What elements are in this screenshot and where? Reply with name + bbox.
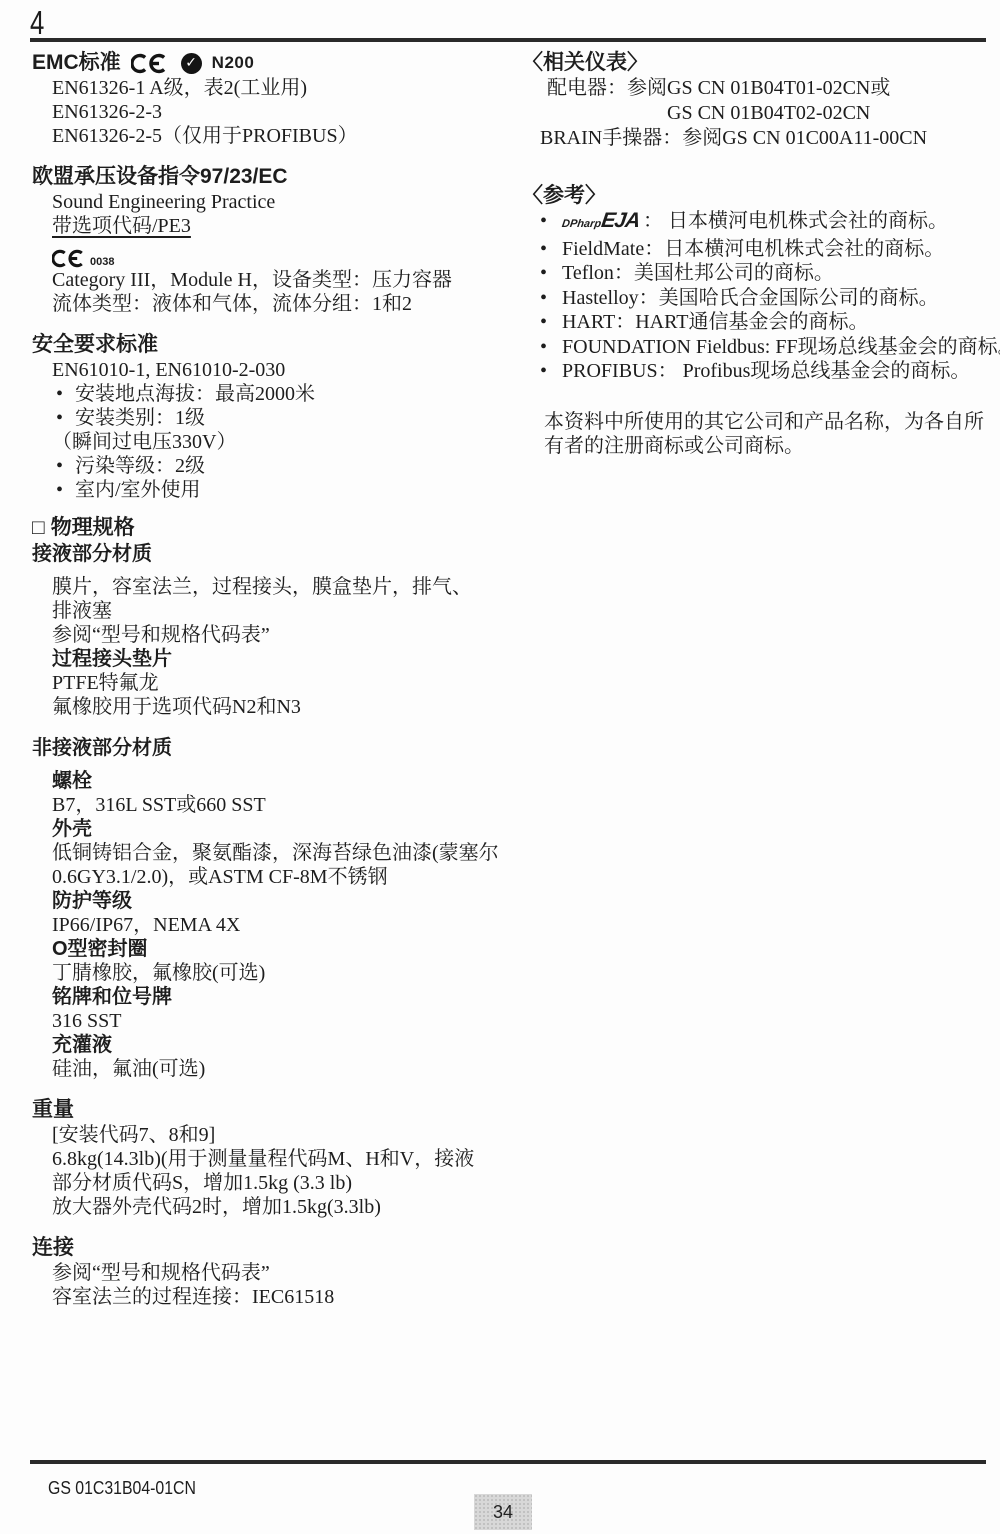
trademark-item: Hastelloy：美国哈氏合金国际公司的商标。 <box>522 286 990 311</box>
spec-line: 排液塞 <box>52 599 504 623</box>
weight-lines: [安装代码7、8和9] 6.8kg(14.3lb)(用于测量量程代码M、H和V，… <box>32 1123 504 1219</box>
spec-line: 流体类型：液体和气体，流体分组：1和2 <box>52 292 504 316</box>
ped-lines: Sound Engineering Practice 带选项代码/PE3 003… <box>32 190 504 316</box>
housing-heading: 外壳 <box>52 817 504 841</box>
trademark-note-section: 本资料中所使用的其它公司和产品名称，为各自所 有者的注册商标或公司商标。 <box>522 410 990 458</box>
ctick-n200-label: N200 <box>212 50 255 76</box>
spec-line: EN61326-1 A级，表2(工业用) <box>52 76 504 100</box>
spec-line: 配电器：参阅GS CN 01B04T01-02CN或 <box>522 76 990 101</box>
bullet-item: 安装类别：1级 <box>32 406 504 430</box>
spec-line: EN61010-1, EN61010-2-030 <box>52 358 504 382</box>
ce-mark-icon <box>52 249 88 268</box>
bullet-item: 污染等级：2级 <box>32 454 504 478</box>
spec-line: EN61326-2-3 <box>52 100 504 124</box>
safety-heading: 安全要求标准 <box>32 332 504 358</box>
spec-line: PTFE特氟龙 <box>52 671 504 695</box>
related-instruments-section: 〈相关仪表〉 配电器：参阅GS CN 01B04T01-02CN或 GS CN … <box>522 50 990 151</box>
reference-heading: 〈参考〉 <box>522 183 990 209</box>
header-rule <box>30 38 986 42</box>
ctick-icon: ✓ <box>181 53 202 74</box>
footer-doc-id: GS 01C31B04-01CN <box>48 1478 196 1499</box>
connection-heading: 连接 <box>32 1235 504 1261</box>
spec-line: 容室法兰的过程连接：IEC61518 <box>52 1285 504 1309</box>
spec-line: 参阅“型号和规格代码表” <box>52 623 504 647</box>
non-wetted-heading: 非接液部分材质 <box>32 735 504 761</box>
physical-spec-heading: □物理规格 <box>32 515 504 541</box>
ce-0038-row: 0038 <box>52 242 504 268</box>
ped-option-line: 带选项代码/PE3 <box>52 214 504 238</box>
footer-rule <box>30 1460 986 1464</box>
spec-line: Sound Engineering Practice <box>52 190 504 214</box>
nameplate-heading: 铭牌和位号牌 <box>52 985 504 1009</box>
spec-line: 6.8kg(14.3lb)(用于测量量程代码M、H和V，接液 <box>52 1147 504 1171</box>
trademark-item: FieldMate：日本横河电机株式会社的商标。 <box>522 237 990 262</box>
right-column: 〈相关仪表〉 配电器：参阅GS CN 01B04T01-02CN或 GS CN … <box>522 50 990 458</box>
safety-lines: EN61010-1, EN61010-2-030 <box>32 358 504 382</box>
spec-line: 膜片，容室法兰，过程接头，膜盒垫片，排气、 <box>52 575 504 599</box>
weight-heading: 重量 <box>32 1097 504 1123</box>
left-column: EMC标准 ✓ N200 EN61326-1 A级，表2(工业用) EN6132… <box>32 50 504 1325</box>
trademark-item: Teflon：美国杜邦公司的商标。 <box>522 261 990 286</box>
fill-fluid-heading: 充灌液 <box>52 1033 504 1057</box>
ce-mark-icon <box>131 53 171 74</box>
spec-line: [安装代码7、8和9] <box>52 1123 504 1147</box>
wetted-parts-heading: 接液部分材质 <box>32 541 504 567</box>
spec-line: 部分材质代码S，增加1.5kg (3.3 lb) <box>52 1171 504 1195</box>
emc-section: EMC标准 ✓ N200 EN61326-1 A级，表2(工业用) EN6132… <box>32 50 504 148</box>
note-line: 有者的注册商标或公司商标。 <box>522 434 990 458</box>
bolt-heading: 螺栓 <box>52 769 504 793</box>
spec-line: 低铜铸铝合金，聚氨酯漆，深海苔绿色油漆(蒙塞尔 <box>52 841 504 865</box>
emc-lines: EN61326-1 A级，表2(工业用) EN61326-2-3 EN61326… <box>32 76 504 148</box>
emc-heading: EMC标准 <box>32 50 121 76</box>
ingress-heading: 防护等级 <box>52 889 504 913</box>
spec-line: 氟橡胶用于选项代码N2和N3 <box>52 695 504 719</box>
spec-line: 硅油，氟油(可选) <box>52 1057 504 1081</box>
trademark-item: PROFIBUS： Profibus现场总线基金会的商标。 <box>522 359 990 384</box>
related-instruments-heading: 〈相关仪表〉 <box>522 50 990 76</box>
spec-line: B7，316L SST或660 SST <box>52 793 504 817</box>
bullet-item: 安装地点海拔：最高2000米 <box>32 382 504 406</box>
underlined-text: 带选项代码/PE3 <box>52 215 191 237</box>
trademark-text: ： 日本横河电机株式会社的商标。 <box>643 210 948 232</box>
note-line: 本资料中所使用的其它公司和产品名称，为各自所 <box>522 410 990 434</box>
trademark-item: HART：HART通信基金会的商标。 <box>522 310 990 335</box>
trademark-item-dpharp: DPharpEJA： 日本横河电机株式会社的商标。 <box>522 209 990 237</box>
spec-line: 放大器外壳代码2时，增加1.5kg(3.3lb) <box>52 1195 504 1219</box>
spec-line: 316 SST <box>52 1009 504 1033</box>
reference-section: 〈参考〉 DPharpEJA： 日本横河电机株式会社的商标。 FieldMate… <box>522 183 990 384</box>
ce-notified-body-label: 0038 <box>90 257 114 268</box>
spec-line: 丁腈橡胶，氟橡胶(可选) <box>52 961 504 985</box>
page-number: 4 <box>30 4 44 42</box>
ped-heading: 欧盟承压设备指令97/23/EC <box>32 164 504 190</box>
gasket-heading: 过程接头垫片 <box>52 647 504 671</box>
non-wetted-lines: 螺栓 B7，316L SST或660 SST 外壳 低铜铸铝合金，聚氨酯漆，深海… <box>32 769 504 1081</box>
bullet-item: 室内/室外使用 <box>32 478 504 502</box>
section-square-icon: □ <box>32 516 45 539</box>
spec-line: Category III，Module H，设备类型：压力容器 <box>52 268 504 292</box>
eja-logo-text: EJA <box>600 211 641 231</box>
emc-heading-row: EMC标准 ✓ N200 <box>32 50 504 76</box>
wetted-parts-lines: 膜片，容室法兰，过程接头，膜盒垫片，排气、 排液塞 参阅“型号和规格代码表” 过… <box>32 575 504 719</box>
spec-line: EN61326-2-5（仅用于PROFIBUS） <box>52 124 504 148</box>
weight-section: 重量 [安装代码7、8和9] 6.8kg(14.3lb)(用于测量量程代码M、H… <box>32 1097 504 1219</box>
oring-heading: O型密封圈 <box>52 937 504 961</box>
physical-spec-section: □物理规格 接液部分材质 膜片，容室法兰，过程接头，膜盒垫片，排气、 排液塞 参… <box>32 515 504 719</box>
heading-text: 物理规格 <box>51 516 135 539</box>
spec-line: GS CN 01B04T02-02CN <box>522 101 990 126</box>
spec-line: 参阅“型号和规格代码表” <box>52 1261 504 1285</box>
safety-section: 安全要求标准 EN61010-1, EN61010-2-030 安装地点海拔：最… <box>32 332 504 502</box>
non-wetted-parts-section: 非接液部分材质 螺栓 B7，316L SST或660 SST 外壳 低铜铸铝合金… <box>32 735 504 1081</box>
footer-page-number: 34 <box>474 1494 532 1530</box>
connection-section: 连接 参阅“型号和规格代码表” 容室法兰的过程连接：IEC61518 <box>32 1235 504 1309</box>
ped-section: 欧盟承压设备指令97/23/EC Sound Engineering Pract… <box>32 164 504 316</box>
dpharp-eja-logo: DPharpEJA <box>560 211 641 237</box>
spec-line: （瞬间过电压330V） <box>32 430 504 454</box>
spec-line: BRAIN手操器：参阅GS CN 01C00A11-00CN <box>522 126 990 151</box>
trademark-item: FOUNDATION Fieldbus: FF现场总线基金会的商标。 <box>522 335 990 360</box>
spec-line: IP66/IP67，NEMA 4X <box>52 913 504 937</box>
dpharp-logo-text: DPharp <box>560 212 603 237</box>
spec-line: 0.6GY3.1/2.0)，或ASTM CF-8M不锈钢 <box>52 865 504 889</box>
connection-lines: 参阅“型号和规格代码表” 容室法兰的过程连接：IEC61518 <box>32 1261 504 1309</box>
document-page: 4 EMC标准 ✓ N200 EN61326-1 A级，表2(工业用) EN61… <box>0 0 1000 1534</box>
